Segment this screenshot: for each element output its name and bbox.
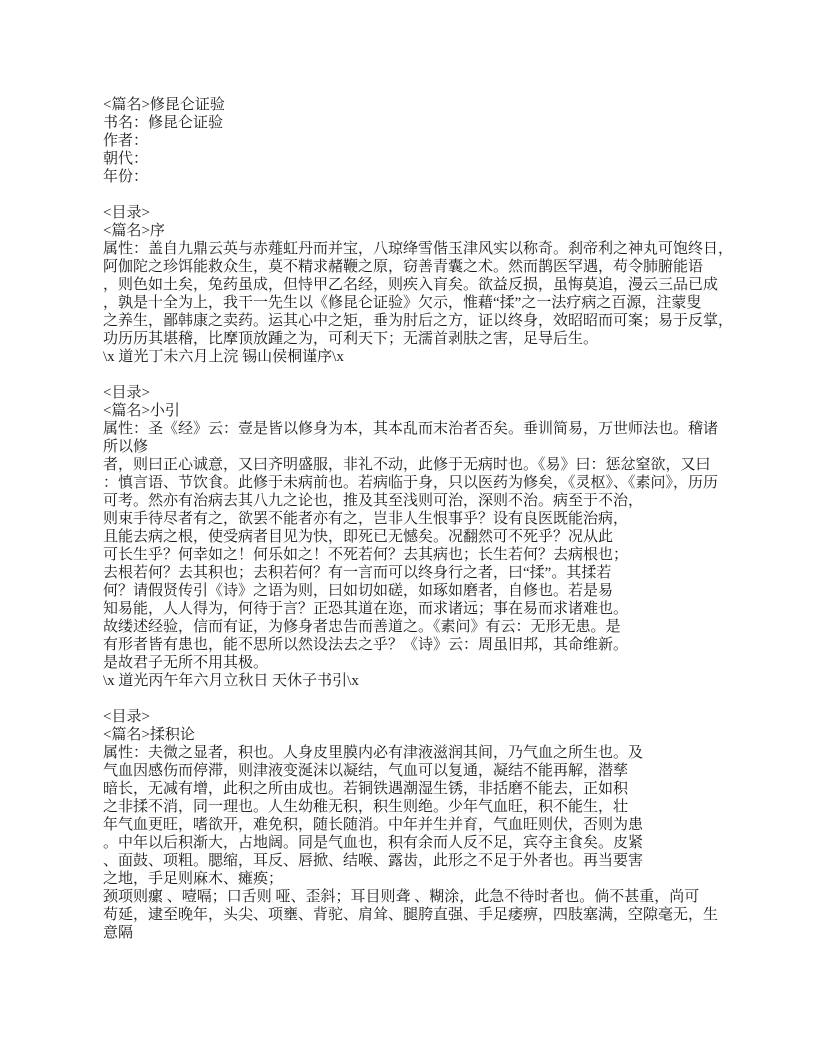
section-rouji-essay: <目录> <篇名>揉积论 属性：夫微之显者，积也。人身皮里膜内必有津液滋润其间，… bbox=[103, 708, 728, 942]
text-line: 去根若何？去其积也；去积若何？有一言而可以终身行之者，曰“揉”。其揉若 bbox=[103, 564, 728, 582]
text-line: 知易能，人人得为，何待于言？正恐其道在迩，而求诸远；事在易而求诸难也。 bbox=[103, 600, 728, 618]
text-line: 年份： bbox=[103, 168, 728, 186]
text-line: 。中年以后积渐大，占地阔。同是气血也，积有余而人反不足，宾夺主食矣。皮紧 bbox=[103, 834, 728, 852]
text-line: <篇名>修昆仑证验 bbox=[103, 96, 728, 114]
text-line: 则束手待尽者有之，欲罢不能者亦有之，岂非人生恨事乎？设有良医既能治病， bbox=[103, 510, 728, 528]
text-line: ，则色如土矣，兔药虽成，但恃甲乙名经，则疾入肓矣。欲益反损，虽悔莫追，漫云三品已… bbox=[103, 276, 728, 294]
text-line: 者，则曰正心诚意，又曰齐明盛服，非礼不动，此修于无病时也。《易》曰：惩忿窒欲，又… bbox=[103, 456, 728, 474]
text-line: 何？请假贤传引《诗》之语为则，曰如切如磋，如琢如磨者，自修也。若是易 bbox=[103, 582, 728, 600]
toc-tag: <目录> bbox=[103, 384, 728, 402]
text-line: 之地，手足则麻木、瘫痪； bbox=[103, 870, 728, 888]
text-line: 属性：盖自九鼎云英与赤薤虹丹而并宝，八琼绛雪偕玉津风实以称奇。刹帝利之神丸可饱终… bbox=[103, 240, 728, 258]
text-line: 且能去病之根，使受病者目见为快，即死已无憾矣。况翻然可不死乎？况从此 bbox=[103, 528, 728, 546]
text-line: 意隔 bbox=[103, 924, 728, 942]
section-preface: <目录> <篇名>序 属性：盖自九鼎云英与赤薤虹丹而并宝，八琼绛雪偕玉津风实以称… bbox=[103, 204, 728, 366]
document-page: <篇名>修昆仑证验书名：修昆仑证验作者：朝代：年份： <目录> <篇名>序 属性… bbox=[103, 96, 728, 942]
text-line: 有形者皆有患也，能不思所以然设法去之乎？《诗》云：周虽旧邦，其命维新。 bbox=[103, 636, 728, 654]
text-line: 暗长，无减有增，此积之所由成也。若铜铁遇潮湿生锈，非括磨不能去，正如积 bbox=[103, 780, 728, 798]
text-line: 朝代： bbox=[103, 150, 728, 168]
text-line: \x 道光丁未六月上浣 锡山侯桐谨序\x bbox=[103, 348, 728, 366]
chapter-title: <篇名>小引 bbox=[103, 402, 728, 420]
book-header-lines: <篇名>修昆仑证验书名：修昆仑证验作者：朝代：年份： bbox=[103, 96, 728, 186]
text-line: ，孰是十全为上，我干一先生以《修昆仑证验》欠示，惟藉“揉”之一法疗病之百源，注蒙… bbox=[103, 294, 728, 312]
text-line: 、面鼓、项粗。腮缩，耳反、唇掀、结喉、露齿，此形之不足于外者也。再当要害 bbox=[103, 852, 728, 870]
text-line: 属性：圣《经》云：壹是皆以修身为本，其本乱而末治者否矣。垂训简易，万世师法也。稽… bbox=[103, 420, 728, 438]
book-header: <篇名>修昆仑证验书名：修昆仑证验作者：朝代：年份： bbox=[103, 96, 728, 186]
text-line: 属性：夫微之显者，积也。人身皮里膜内必有津液滋润其间，乃气血之所生也。及 bbox=[103, 744, 728, 762]
toc-tag: <目录> bbox=[103, 204, 728, 222]
section-introduction: <目录> <篇名>小引 属性：圣《经》云：壹是皆以修身为本，其本乱而末治者否矣。… bbox=[103, 384, 728, 690]
text-line: 气血因感伤而停滞，则津液变涎沫以凝结，气血可以复通，凝结不能再解，潜孳 bbox=[103, 762, 728, 780]
text-line: \x 道光丙午年六月立秋日 天休子书引\x bbox=[103, 672, 728, 690]
text-line: 可长生乎？何幸如之！何乐如之！不死若何？去其病也；长生若何？去病根也； bbox=[103, 546, 728, 564]
text-line: 所以修 bbox=[103, 438, 728, 456]
chapter-title: <篇名>序 bbox=[103, 222, 728, 240]
toc-tag: <目录> bbox=[103, 708, 728, 726]
section-body: 属性：夫微之显者，积也。人身皮里膜内必有津液滋润其间，乃气血之所生也。及气血因感… bbox=[103, 744, 728, 942]
text-line: 阿伽陀之珍饵能救众生，莫不精求赭鞭之原，窃善青囊之术。然而鹊医罕遇，苟令肺腑能语 bbox=[103, 258, 728, 276]
text-line: 苟延，逮至晚年，头尖、项壅、背驼、肩耸、腿胯直强、手足痿痹，四肢塞满，空隙毫无，… bbox=[103, 906, 728, 924]
text-line: 年气血更旺，嗜欲开，难免积，随长随消。中年并生并育，气血旺则伏，否则为患 bbox=[103, 816, 728, 834]
text-line: 是故君子无所不用其极。 bbox=[103, 654, 728, 672]
text-line: 之养生，鄙韩康之卖药。运其心中之矩，垂为肘后之方，证以终身，效昭昭而可案；易于反… bbox=[103, 312, 728, 330]
section-body: 属性：圣《经》云：壹是皆以修身为本，其本乱而末治者否矣。垂训简易，万世师法也。稽… bbox=[103, 420, 728, 690]
text-line: 作者： bbox=[103, 132, 728, 150]
text-line: 之非揉不消，同一理也。人生幼稚无积，积生则绝。少年气血旺，积不能生，壮 bbox=[103, 798, 728, 816]
text-line: 颈项则瘰 、噎嗝；口舌则 哑、歪斜；耳目则聋 、糊涂，此急不待时者也。倘不甚重，… bbox=[103, 888, 728, 906]
text-line: 可考。然亦有治病去其八九之论也，推及其至浅则可治，深则不治。病至于不治， bbox=[103, 492, 728, 510]
chapter-title: <篇名>揉积论 bbox=[103, 726, 728, 744]
text-line: ：慎言语、节饮食。此修于未病前也。若病临于身，只以医药为修矣，《灵枢》、《素问》… bbox=[103, 474, 728, 492]
text-line: 功历历其堪稽，比摩顶放踵之为，可利天下；无濡首剥肤之害，足导后生。 bbox=[103, 330, 728, 348]
text-line: 书名：修昆仑证验 bbox=[103, 114, 728, 132]
section-body: 属性：盖自九鼎云英与赤薤虹丹而并宝，八琼绛雪偕玉津风实以称奇。刹帝利之神丸可饱终… bbox=[103, 240, 728, 366]
text-line: 故缕述经验，信而有证，为修身者忠告而善道之。《素问》有云：无形无患。是 bbox=[103, 618, 728, 636]
